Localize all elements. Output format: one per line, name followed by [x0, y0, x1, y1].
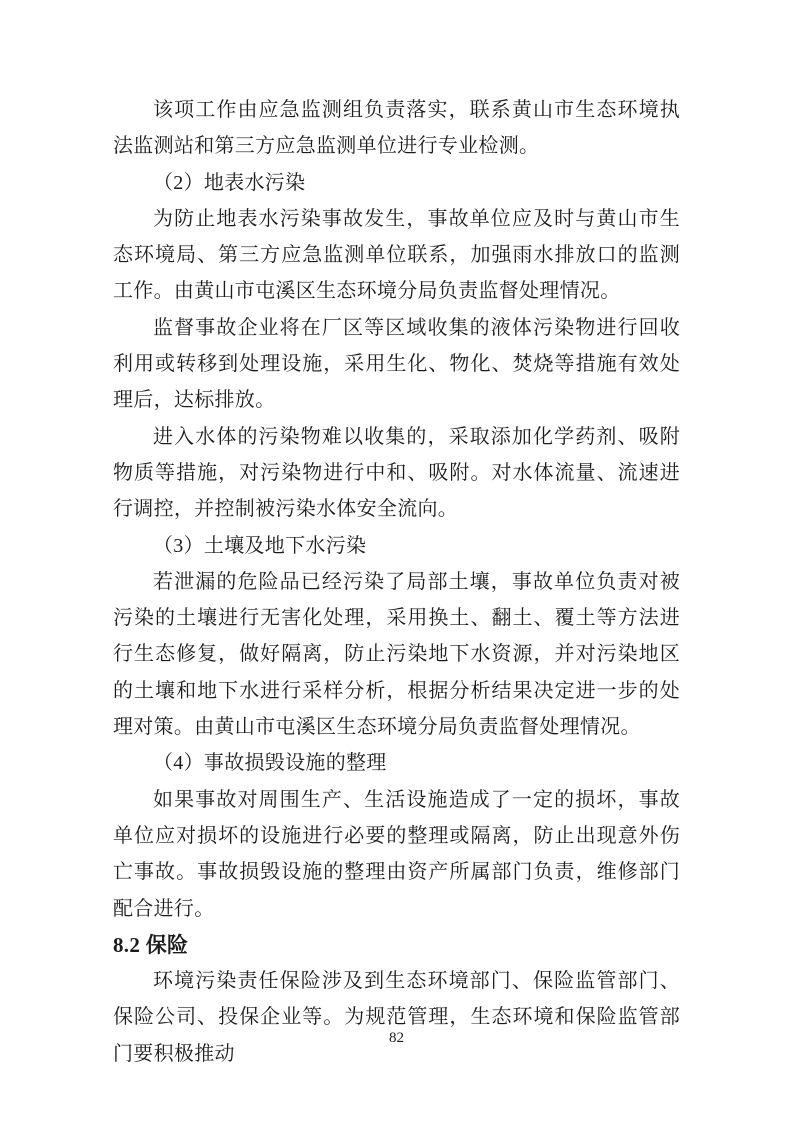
paragraph: 如果事故对周围生产、生活设施造成了一定的损坏，事故单位应对损坏的设施进行必要的整… [113, 782, 680, 927]
subheading-damaged-facilities: （4）事故损毁设施的整理 [113, 745, 680, 781]
document-body: 该项工作由应急监测组负责落实，联系黄山市生态环境执法监测站和第三方应急监测单位进… [113, 92, 680, 1072]
paragraph: 进入水体的污染物难以收集的，采取添加化学药剂、吸附物质等措施，对污染物进行中和、… [113, 419, 680, 528]
paragraph: 监督事故企业将在厂区等区域收集的液体污染物进行回收利用或转移到处理设施，采用生化… [113, 310, 680, 419]
document-page: 该项工作由应急监测组负责落实，联系黄山市生态环境执法监测站和第三方应急监测单位进… [0, 0, 793, 1122]
paragraph: 该项工作由应急监测组负责落实，联系黄山市生态环境执法监测站和第三方应急监测单位进… [113, 92, 680, 165]
subheading-soil-groundwater-pollution: （3）土壤及地下水污染 [113, 528, 680, 564]
paragraph: 若泄漏的危险品已经污染了局部土壤，事故单位负责对被污染的土壤进行无害化处理，采用… [113, 564, 680, 745]
paragraph: 环境污染责任保险涉及到生态环境部门、保险监管部门、保险公司、投保企业等。为规范管… [113, 963, 680, 1072]
section-heading-insurance: 8.2 保险 [113, 927, 680, 963]
page-number: 82 [389, 1030, 404, 1046]
paragraph: 为防止地表水污染事故发生，事故单位应及时与黄山市生态环境局、第三方应急监测单位联… [113, 201, 680, 310]
subheading-surface-water-pollution: （2）地表水污染 [113, 165, 680, 201]
page-footer: 82 [0, 1028, 793, 1048]
